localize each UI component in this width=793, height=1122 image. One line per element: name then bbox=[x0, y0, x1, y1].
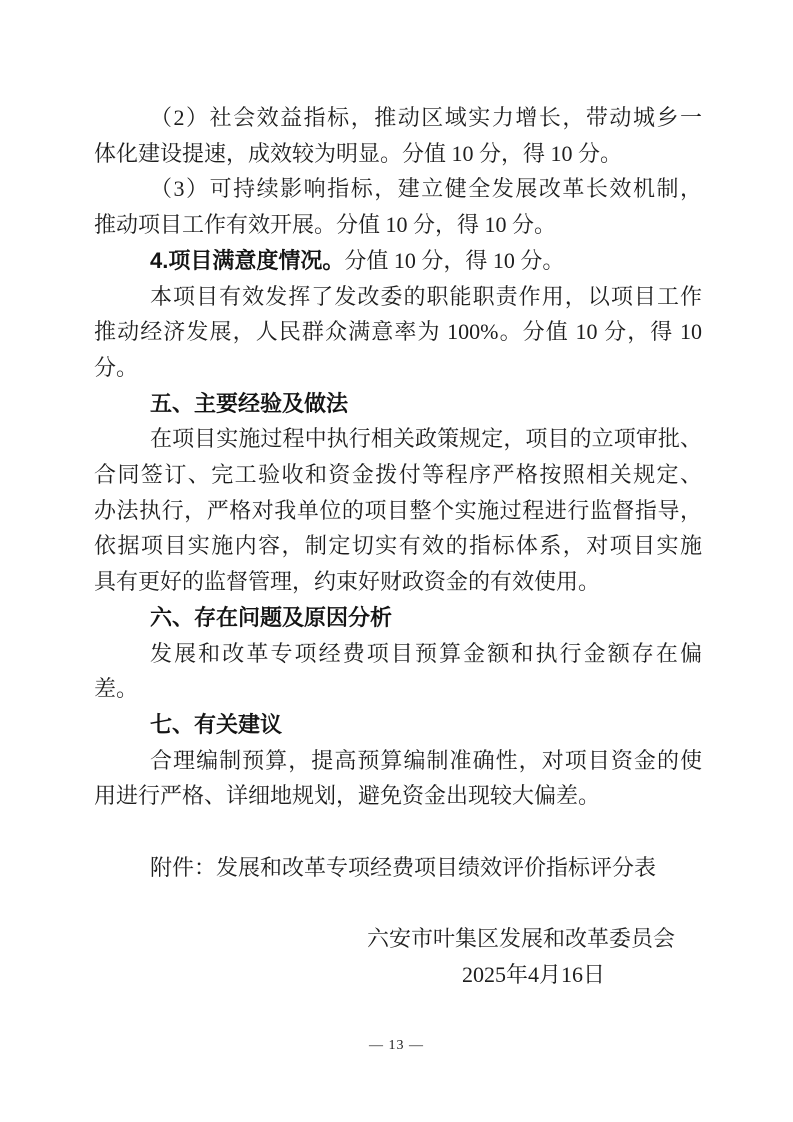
text-line: 2025年4月16日 bbox=[94, 957, 702, 993]
bold-text-run: 4.项目满意度情况。 bbox=[150, 248, 344, 273]
text-line: 发展和改革专项经费项目预算金额和执行金额存在偏 bbox=[94, 636, 702, 672]
document-page: （2）社会效益指标，推动区域实力增长，带动城乡一体化建设提速，成效较为明显。分值… bbox=[0, 0, 793, 1122]
blank-line bbox=[94, 885, 702, 921]
text-line: 合同签订、完工验收和资金拨付等程序严格按照相关规定、 bbox=[94, 457, 702, 493]
document-content: （2）社会效益指标，推动区域实力增长，带动城乡一体化建设提速，成效较为明显。分值… bbox=[94, 100, 702, 993]
text-line: （2）社会效益指标，推动区域实力增长，带动城乡一 bbox=[94, 100, 702, 136]
blank-line bbox=[94, 814, 702, 850]
text-line: 体化建设提速，成效较为明显。分值 10 分，得 10 分。 bbox=[94, 136, 702, 172]
para-experience: 在项目实施过程中执行相关政策规定，项目的立项审批、合同签订、完工验收和资金拨付等… bbox=[94, 421, 702, 600]
text-line: 六安市叶集区发展和改革委员会 bbox=[94, 921, 702, 957]
heading-section-6: 六、存在问题及原因分析 bbox=[94, 600, 702, 636]
text-line: 具有更好的监督管理，约束好财政资金的有效使用。 bbox=[94, 564, 702, 600]
text-line: 本项目有效发挥了发改委的职能职责作用，以项目工作 bbox=[94, 279, 702, 315]
attachment-line: 附件：发展和改革专项经费项目绩效评价指标评分表 bbox=[94, 850, 702, 886]
text-line: 五、主要经验及做法 bbox=[94, 386, 702, 422]
text-line: 4.项目满意度情况。分值 10 分，得 10 分。 bbox=[94, 243, 702, 279]
heading-section-5: 五、主要经验及做法 bbox=[94, 386, 702, 422]
para-suggestions: 合理编制预算，提高预算编制准确性，对项目资金的使用进行严格、详细地规划，避免资金… bbox=[94, 743, 702, 814]
signature-date: 2025年4月16日 bbox=[94, 957, 702, 993]
text-line: 合理编制预算，提高预算编制准确性，对项目资金的使 bbox=[94, 743, 702, 779]
text-line: 附件：发展和改革专项经费项目绩效评价指标评分表 bbox=[94, 850, 702, 886]
text-line: 用进行严格、详细地规划，避免资金出现较大偏差。 bbox=[94, 778, 702, 814]
text-line: 六、存在问题及原因分析 bbox=[94, 600, 702, 636]
text-line: 七、有关建议 bbox=[94, 707, 702, 743]
text-line: 差。 bbox=[94, 671, 702, 707]
page-number: — 13 — bbox=[0, 1038, 793, 1054]
para-problems: 发展和改革专项经费项目预算金额和执行金额存在偏差。 bbox=[94, 636, 702, 707]
text-line: 依据项目实施内容，制定切实有效的指标体系，对项目实施 bbox=[94, 528, 702, 564]
text-line: 办法执行，严格对我单位的项目整个实施过程进行监督指导， bbox=[94, 493, 702, 529]
para-satisfaction-title: 4.项目满意度情况。分值 10 分，得 10 分。 bbox=[94, 243, 702, 279]
text-line: 推动经济发展，人民群众满意率为 100%。分值 10 分，得 10 bbox=[94, 314, 702, 350]
signature-org: 六安市叶集区发展和改革委员会 bbox=[94, 921, 702, 957]
text-line: 在项目实施过程中执行相关政策规定，项目的立项审批、 bbox=[94, 421, 702, 457]
text-run: 分值 10 分，得 10 分。 bbox=[344, 248, 564, 273]
para-satisfaction-detail: 本项目有效发挥了发改委的职能职责作用，以项目工作推动经济发展，人民群众满意率为 … bbox=[94, 279, 702, 386]
heading-section-7: 七、有关建议 bbox=[94, 707, 702, 743]
text-line: （3）可持续影响指标，建立健全发展改革长效机制， bbox=[94, 171, 702, 207]
para-sustainability: （3）可持续影响指标，建立健全发展改革长效机制，推动项目工作有效开展。分值 10… bbox=[94, 171, 702, 242]
text-line: 推动项目工作有效开展。分值 10 分，得 10 分。 bbox=[94, 207, 702, 243]
para-social-benefit: （2）社会效益指标，推动区域实力增长，带动城乡一体化建设提速，成效较为明显。分值… bbox=[94, 100, 702, 171]
text-line: 分。 bbox=[94, 350, 702, 386]
